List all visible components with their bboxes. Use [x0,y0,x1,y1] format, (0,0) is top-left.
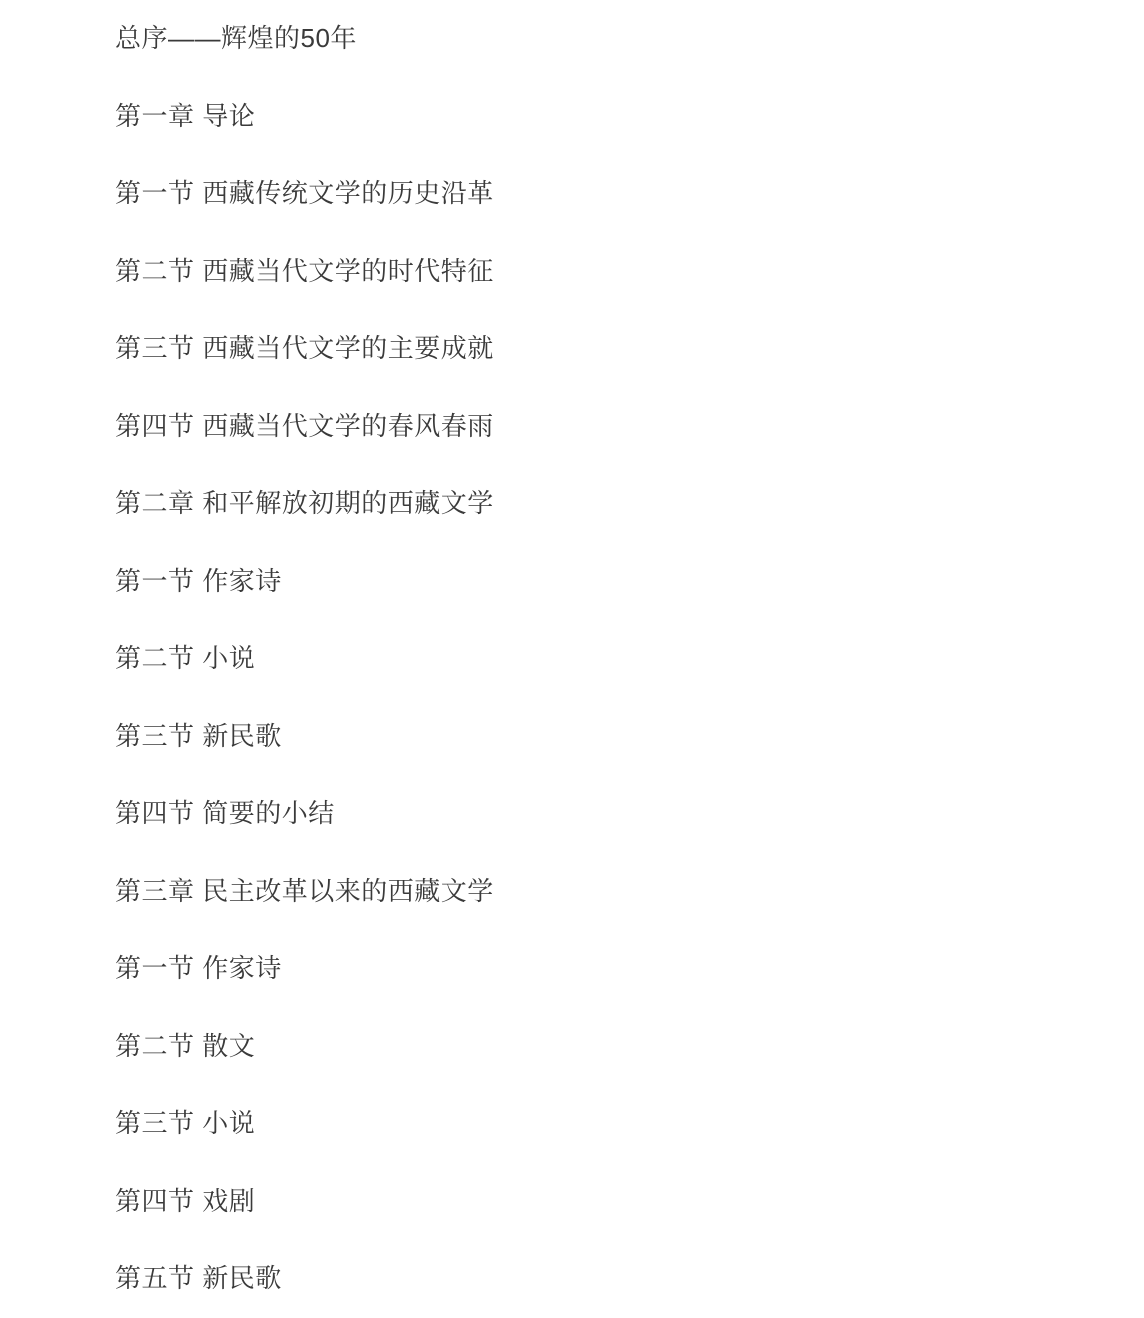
toc-item-section: 第三节 小说 [115,1104,1104,1143]
toc-item-section: 第五节 新民歌 [115,1259,1104,1298]
toc-item-chapter-3: 第三章 民主改革以来的西藏文学 [115,872,1104,911]
toc-item-chapter-1: 第一章 导论 [115,97,1104,136]
toc-item-preface: 总序——辉煌的50年 [115,19,1104,58]
toc-item-section: 第四节 简要的小结 [115,794,1104,833]
toc-item-chapter-2: 第二章 和平解放初期的西藏文学 [115,484,1104,523]
toc-item-section: 第二节 西藏当代文学的时代特征 [115,252,1104,291]
toc-item-section: 第三节 西藏当代文学的主要成就 [115,329,1104,368]
toc-item-section: 第四节 戏剧 [115,1182,1104,1221]
toc-item-section: 第一节 西藏传统文学的历史沿革 [115,174,1104,213]
toc-item-section: 第一节 作家诗 [115,949,1104,988]
toc-item-section: 第二节 散文 [115,1027,1104,1066]
table-of-contents: 总序——辉煌的50年 第一章 导论 第一节 西藏传统文学的历史沿革 第二节 西藏… [0,0,1144,1298]
toc-item-section: 第二节 小说 [115,639,1104,678]
toc-item-section: 第一节 作家诗 [115,562,1104,601]
toc-item-section: 第四节 西藏当代文学的春风春雨 [115,407,1104,446]
toc-item-section: 第三节 新民歌 [115,717,1104,756]
document-page: { "page": { "background": "#ffffff", "te… [0,0,1144,1318]
